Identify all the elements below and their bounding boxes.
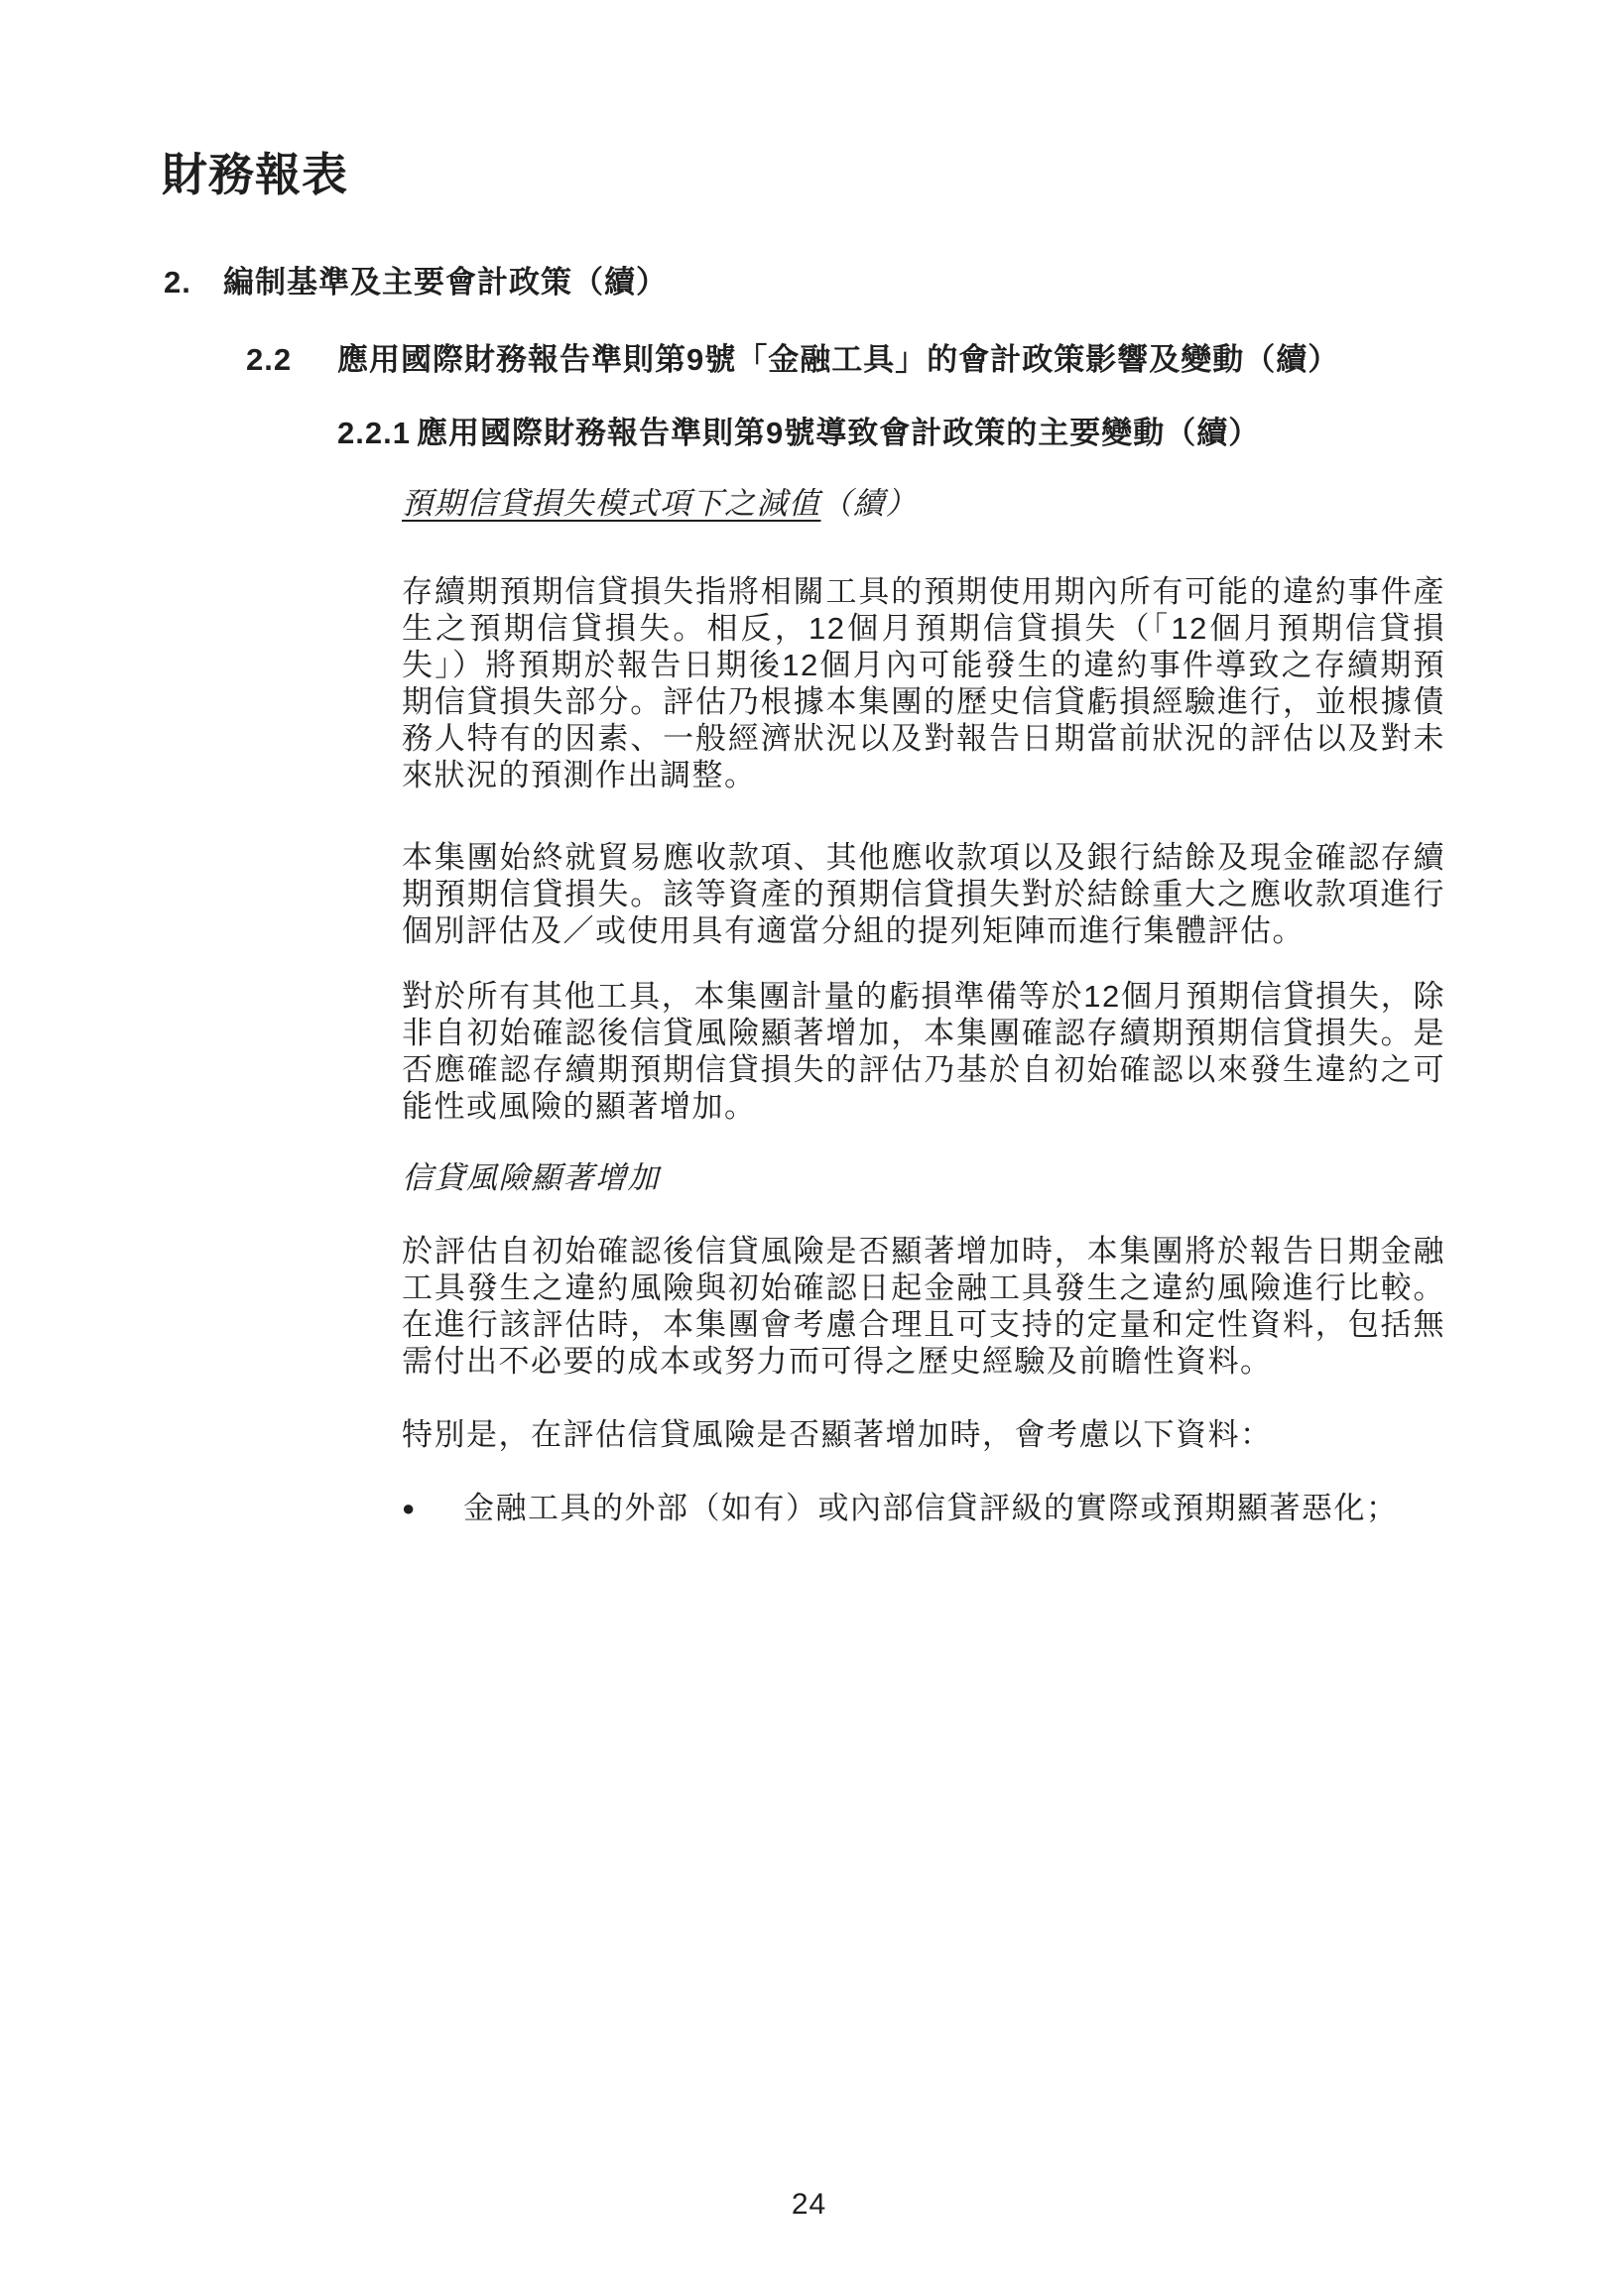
paragraph-lifetime-ecl: 存續期預期信貸損失指將相關工具的預期使用期內所有可能的違約事件產生之預期信貸損失…: [402, 573, 1445, 793]
subheading-underlined-text: 預期信貸損失模式項下之減值: [402, 486, 821, 521]
paragraph-in-particular-intro: 特別是，在評估信貸風險是否顯著增加時，會考慮以下資料：: [402, 1416, 1445, 1453]
section-heading-2-2: 2.2 應用國際財務報告準則第9號「金融工具」的會計政策影響及變動（續）: [246, 341, 1339, 378]
bullet-icon: ●: [402, 1490, 463, 1526]
subheading-impairment-ecl: 預期信貸損失模式項下之減值（續）: [402, 485, 918, 522]
bullet-item: ● 金融工具的外部（如有）或內部信貸評級的實際或預期顯著惡化；: [402, 1490, 1445, 1526]
section-heading-text: 應用國際財務報告準則第9號「金融工具」的會計政策影響及變動（續）: [337, 341, 1339, 378]
section-number: 2.: [164, 264, 223, 301]
subheading-significant-increase-credit-risk: 信貸風險顯著增加: [402, 1159, 660, 1196]
section-number: 2.2: [246, 341, 337, 378]
bullet-item-text: 金融工具的外部（如有）或內部信貸評級的實際或預期顯著惡化；: [463, 1490, 1445, 1526]
subheading-continued-suffix: （續）: [821, 486, 919, 521]
section-heading-2-2-1: 2.2.1 應用國際財務報告準則第9號導致會計政策的主要變動（續）: [337, 415, 1260, 451]
document-page: 財務報表 2. 編制基準及主要會計政策（續） 2.2 應用國際財務報告準則第9號…: [0, 0, 1618, 2296]
page-number: 24: [0, 2188, 1618, 2222]
section-heading-text: 應用國際財務報告準則第9號導致會計政策的主要變動（續）: [417, 415, 1260, 451]
section-heading-2: 2. 編制基準及主要會計政策（續）: [164, 264, 668, 301]
paragraph-credit-risk-assessment: 於評估自初始確認後信貸風險是否顯著增加時，本集團將於報告日期金融工具發生之違約風…: [402, 1233, 1445, 1380]
section-number: 2.2.1: [337, 415, 417, 451]
section-heading-text: 編制基準及主要會計政策（續）: [223, 264, 668, 301]
page-title: 財務報表: [162, 149, 348, 201]
paragraph-trade-receivables: 本集團始終就貿易應收款項、其他應收款項以及銀行結餘及現金確認存續期預期信貸損失。…: [402, 839, 1445, 949]
paragraph-other-instruments: 對於所有其他工具，本集團計量的虧損準備等於12個月預期信貸損失，除非自初始確認後…: [402, 978, 1445, 1125]
